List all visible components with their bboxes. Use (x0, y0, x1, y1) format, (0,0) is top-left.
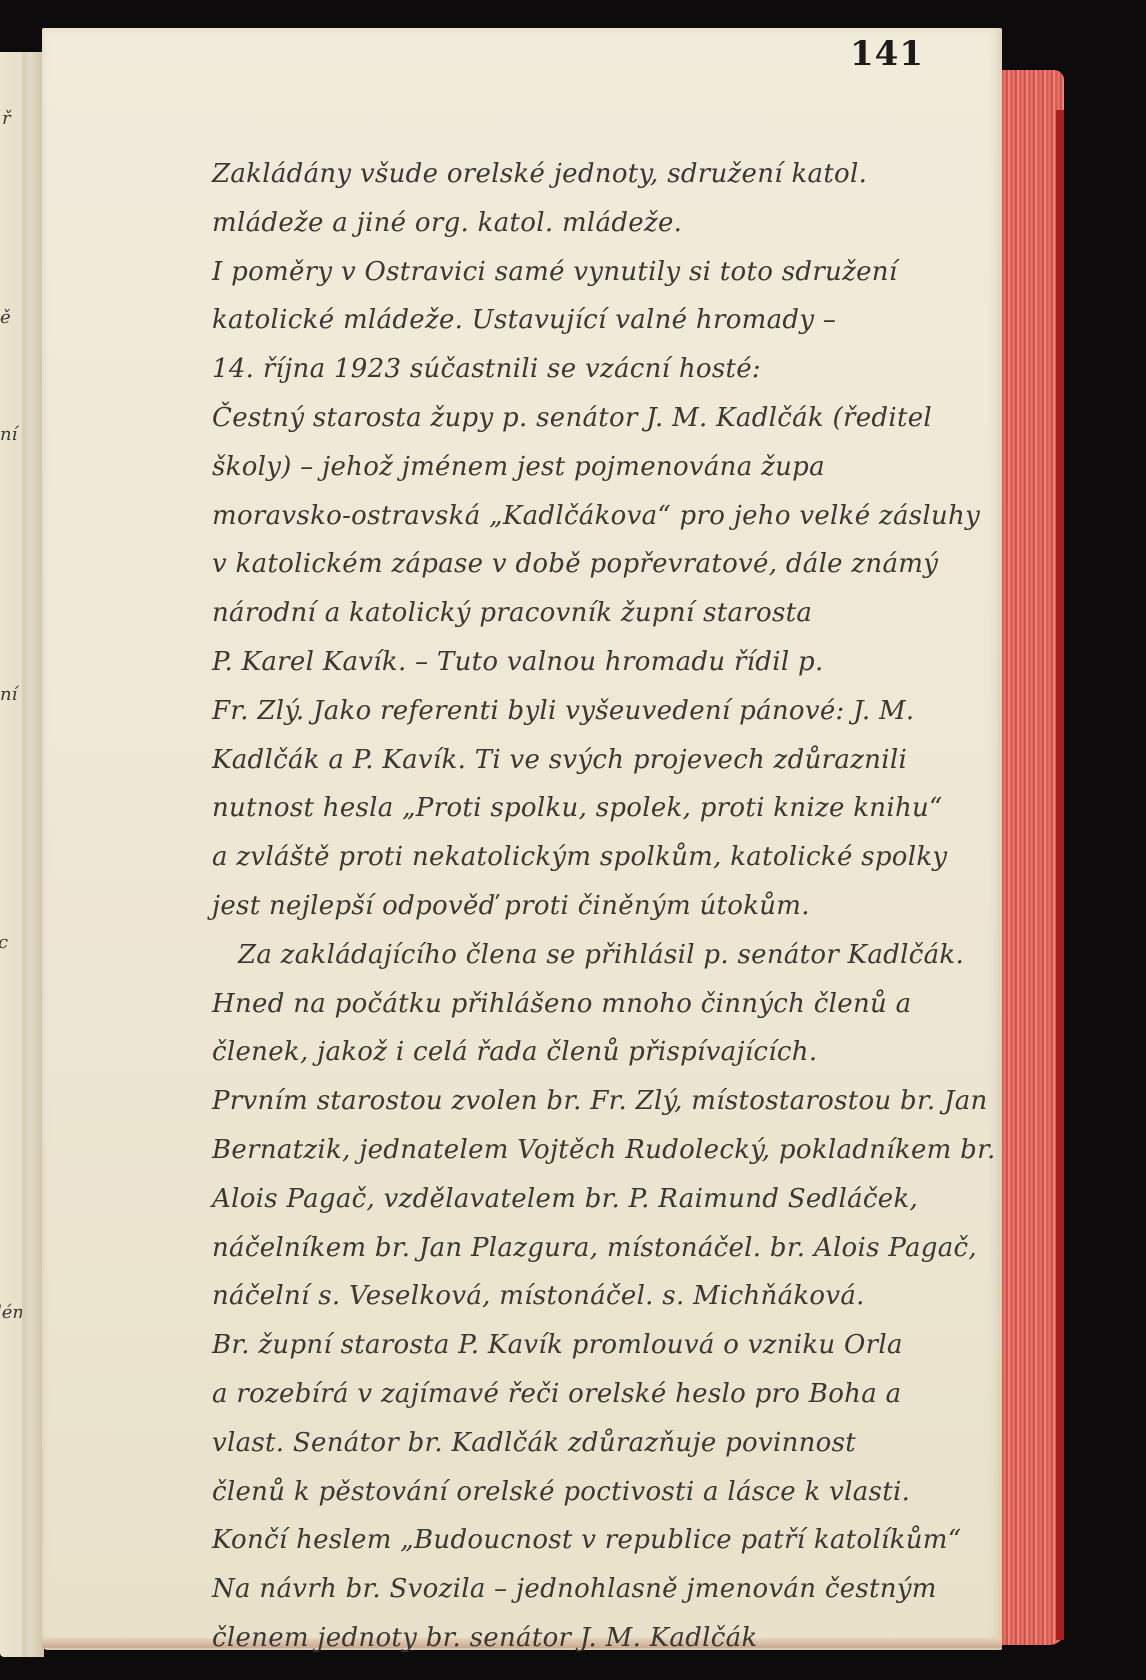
handwritten-text: Zakládány všude orelské jednoty, sdružen… (212, 150, 1012, 1663)
text-line: Alois Pagač, vzdělavatelem br. P. Raimun… (212, 1175, 1012, 1224)
text-line: katolické mládeže. Ustavující valné hrom… (212, 296, 1012, 345)
left-page-text: ní (0, 424, 17, 445)
text-line: Br. župní starosta P. Kavík promlouvá o … (212, 1321, 1012, 1370)
text-line: členů k pěstování orelské poctivosti a l… (212, 1468, 1012, 1517)
text-line: a zvláště proti nekatolickým spolkům, ka… (212, 833, 1012, 882)
text-line: Hned na počátku přihlášeno mnoho činných… (212, 980, 1012, 1029)
text-line: mládeže a jiné org. katol. mládeže. (212, 199, 1012, 248)
left-page-text: ě (0, 307, 11, 328)
text-line: členek, jakož i celá řada členů přispíva… (212, 1028, 1012, 1077)
text-line: členem jednoty br. senátor J. M. Kadlčák (212, 1614, 1012, 1663)
text-line: P. Karel Kavík. – Tuto valnou hromadu ří… (212, 638, 1012, 687)
left-page-text: ř (2, 108, 11, 129)
text-line: náčelní s. Veselková, místonáčel. s. Mic… (212, 1272, 1012, 1321)
text-line: jest nejlepší odpověď proti činěným útok… (212, 882, 1012, 931)
text-line: národní a katolický pracovník župní star… (212, 589, 1012, 638)
text-line: Fr. Zlý. Jako referenti byli vyšeuvedení… (212, 687, 1012, 736)
text-line: a rozebírá v zajímavé řeči orelské heslo… (212, 1370, 1012, 1419)
text-line: Čestný starosta župy p. senátor J. M. Ka… (212, 394, 1012, 443)
text-line: Prvním starostou zvolen br. Fr. Zlý, mís… (212, 1077, 1012, 1126)
text-line: Na návrh br. Svozila – jednohlasně jmeno… (212, 1565, 1012, 1614)
book-gutter (22, 52, 44, 1657)
left-page-text: ní (0, 684, 17, 705)
text-line: v katolickém zápase v době popřevratové,… (212, 540, 1012, 589)
text-line: I poměry v Ostravici samé vynutily si to… (212, 248, 1012, 297)
text-line: náčelníkem br. Jan Plazgura, místonáčel.… (212, 1224, 1012, 1273)
text-line: 14. října 1923 súčastnili se vzácní host… (212, 345, 1012, 394)
text-line: Za zakládajícího člena se přihlásil p. s… (212, 931, 1012, 980)
left-page-text: c (0, 932, 8, 953)
text-line: moravsko-ostravská „Kadlčákova“ pro jeho… (212, 492, 1012, 541)
text-line: Bernatzik, jednatelem Vojtěch Rudolecký,… (212, 1126, 1012, 1175)
page-number: 141 (850, 34, 924, 74)
text-line: Kadlčák a P. Kavík. Ti ve svých projevec… (212, 736, 1012, 785)
text-line: Končí heslem „Budoucnost v republice pat… (212, 1516, 1012, 1565)
text-line: vlast. Senátor br. Kadlčák zdůrazňuje po… (212, 1419, 1012, 1468)
text-line: nutnost hesla „Proti spolku, spolek, pro… (212, 784, 1012, 833)
text-line: školy) – jehož jménem jest pojmenována ž… (212, 443, 1012, 492)
text-line: Zakládány všude orelské jednoty, sdružen… (212, 150, 1012, 199)
